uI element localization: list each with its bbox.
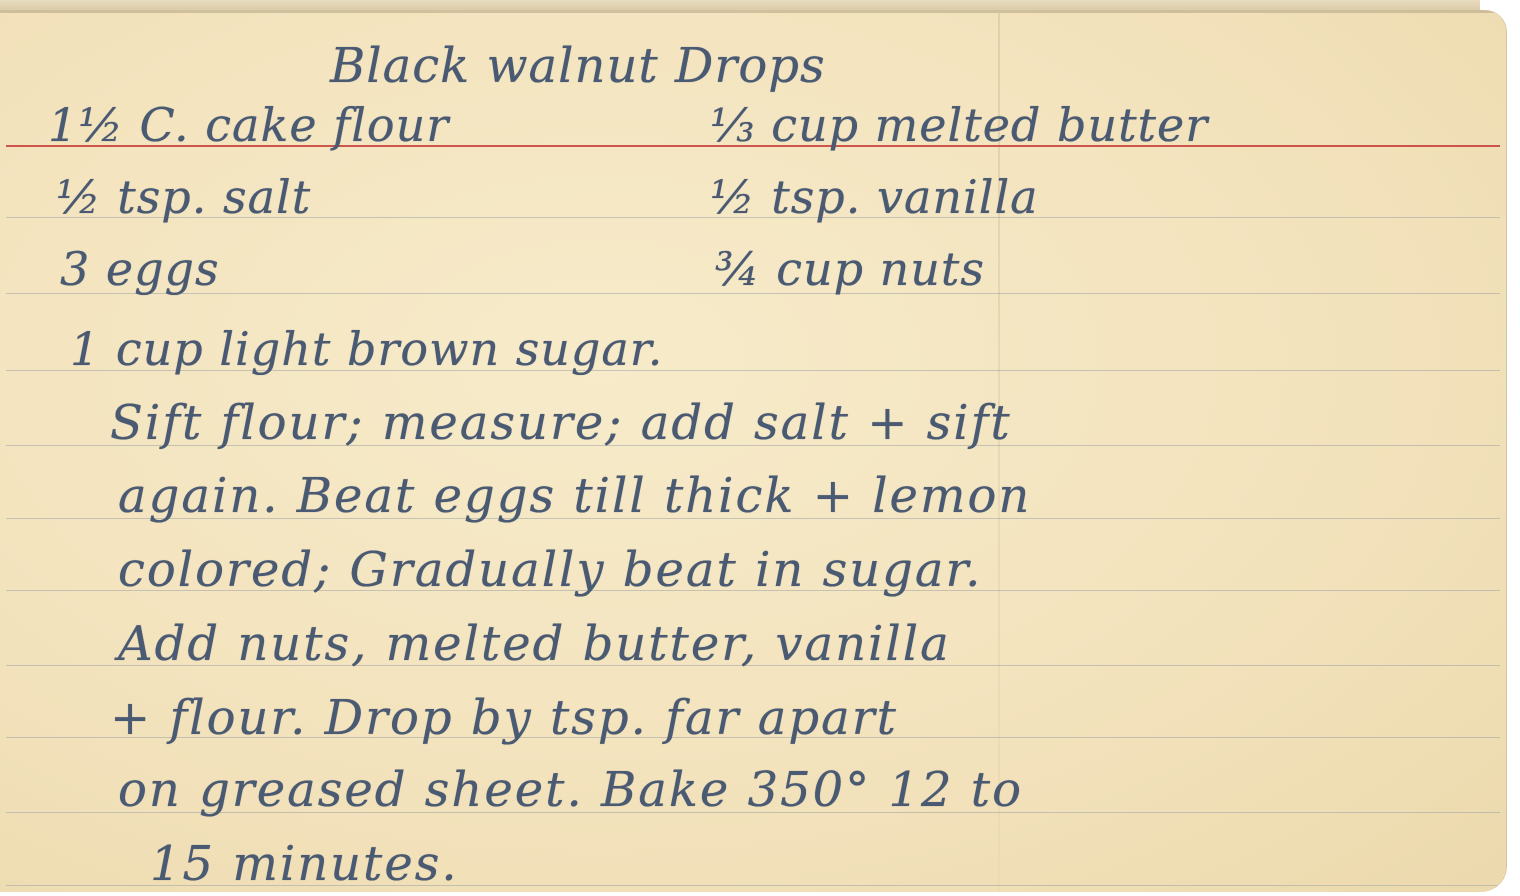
recipe-title: Black walnut Drops (330, 38, 826, 94)
index-card: Black walnut Drops 1½ C. cake flour ½ ts… (0, 10, 1506, 892)
scanned-recipe-card: Black walnut Drops 1½ C. cake flour ½ ts… (0, 0, 1520, 896)
direction-line: colored; Gradually beat in sugar. (118, 542, 982, 598)
ingredient-melted-butter: ⅓ cup melted butter (710, 98, 1208, 152)
direction-line: on greased sheet. Bake 350° 12 to (118, 762, 1023, 818)
ingredient-brown-sugar: 1 cup light brown sugar. (70, 322, 663, 376)
direction-line: 15 minutes. (150, 836, 459, 892)
ingredient-nuts: ¾ cup nuts (715, 242, 985, 296)
ingredient-cake-flour: 1½ C. cake flour (48, 98, 449, 152)
direction-line: Sift flour; measure; add salt + sift (110, 395, 1012, 451)
ingredient-vanilla: ½ tsp. vanilla (710, 170, 1039, 224)
direction-line: again. Beat eggs till thick + lemon (118, 468, 1031, 524)
direction-line: + flour. Drop by tsp. far apart (110, 690, 898, 746)
direction-line: Add nuts, melted butter, vanilla (118, 616, 951, 672)
ingredient-salt: ½ tsp. salt (56, 170, 311, 224)
ingredient-eggs: 3 eggs (60, 242, 220, 296)
